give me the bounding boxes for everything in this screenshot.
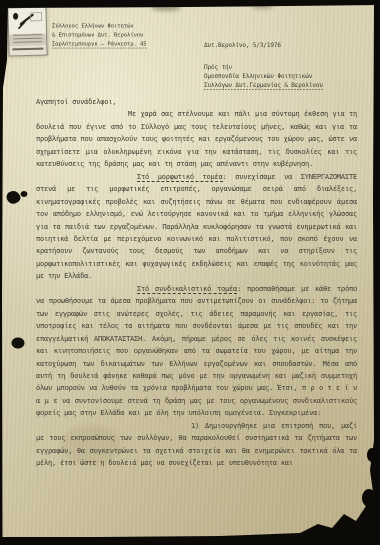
recipient-line2: Ομοσπονδία Ελληνικών Φοιτητικών	[204, 72, 380, 81]
stamp-handwriting-marks	[8, 8, 46, 56]
paragraph-morfotikos-tomeas: Στό μορφωτικό τομέα: συνεχίσαμε να ΣΥΝΕΡ…	[36, 171, 357, 283]
paragraph-syndikalistikos-tomeas: Στό συνδικαλιστικό τομέα: προσπαθήσαμε μ…	[36, 283, 357, 420]
section-text: : συνεχίσαμε να ΣΥΝΕΡΓΑΖΟΜΑΣΤΕ στενά με …	[36, 173, 357, 281]
top-edge-smudge	[151, 3, 181, 11]
section-heading-syndikalistikos: Στό συνδικαλιστικό τομέα	[137, 285, 237, 295]
archive-stamp	[7, 6, 47, 56]
letterhead-org-line1: Σύλλογος Ελλήνων Φοιτητών	[52, 22, 198, 31]
date-line: Δυτ.Βερολίνο, 5/3/1976	[204, 41, 380, 50]
scanned-letter-page: Σύλλογος Ελλήνων Φοιτητών & Επιστημόνων …	[0, 0, 380, 545]
recipient-line1: Πρός τήν	[204, 63, 380, 72]
letterhead: Σύλλογος Ελλήνων Φοιτητών & Επιστημόνων …	[52, 22, 198, 49]
paragraph-intro: Με χαρά σας στέλνουμε και πάλι μια σύντο…	[36, 108, 357, 170]
recipient-block: Πρός τήν Ομοσπονδία Ελληνικών Φοιτητικών…	[204, 63, 380, 90]
salutation: Αγαπητοί συνάδελφοι,	[36, 96, 357, 108]
top-edge-smudge	[251, 2, 273, 9]
section-text: : προσπαθήσαμε με κάθε τρόπο να προωθήσο…	[36, 285, 357, 418]
letter-body: Αγαπητοί συνάδελφοι, Με χαρά σας στέλνου…	[36, 96, 357, 470]
letterhead-org-line2: & Επιστημόνων Δυτ. Βερολίνου	[52, 31, 198, 40]
section-heading-morfotikos: Στό μορφωτικό τομέα	[137, 173, 223, 183]
recipient-line3: Συλλόγων Δυτ.Γερμανίας & Βερολίνου	[204, 81, 380, 90]
letterhead-address: Σαρλότεμπουργκ — Ράνκεστρ. 45	[52, 40, 198, 49]
paragraph-numbered-item-1: 1) Δημιουργήθηκε μια επιτροπή που, μαζί …	[36, 420, 357, 470]
